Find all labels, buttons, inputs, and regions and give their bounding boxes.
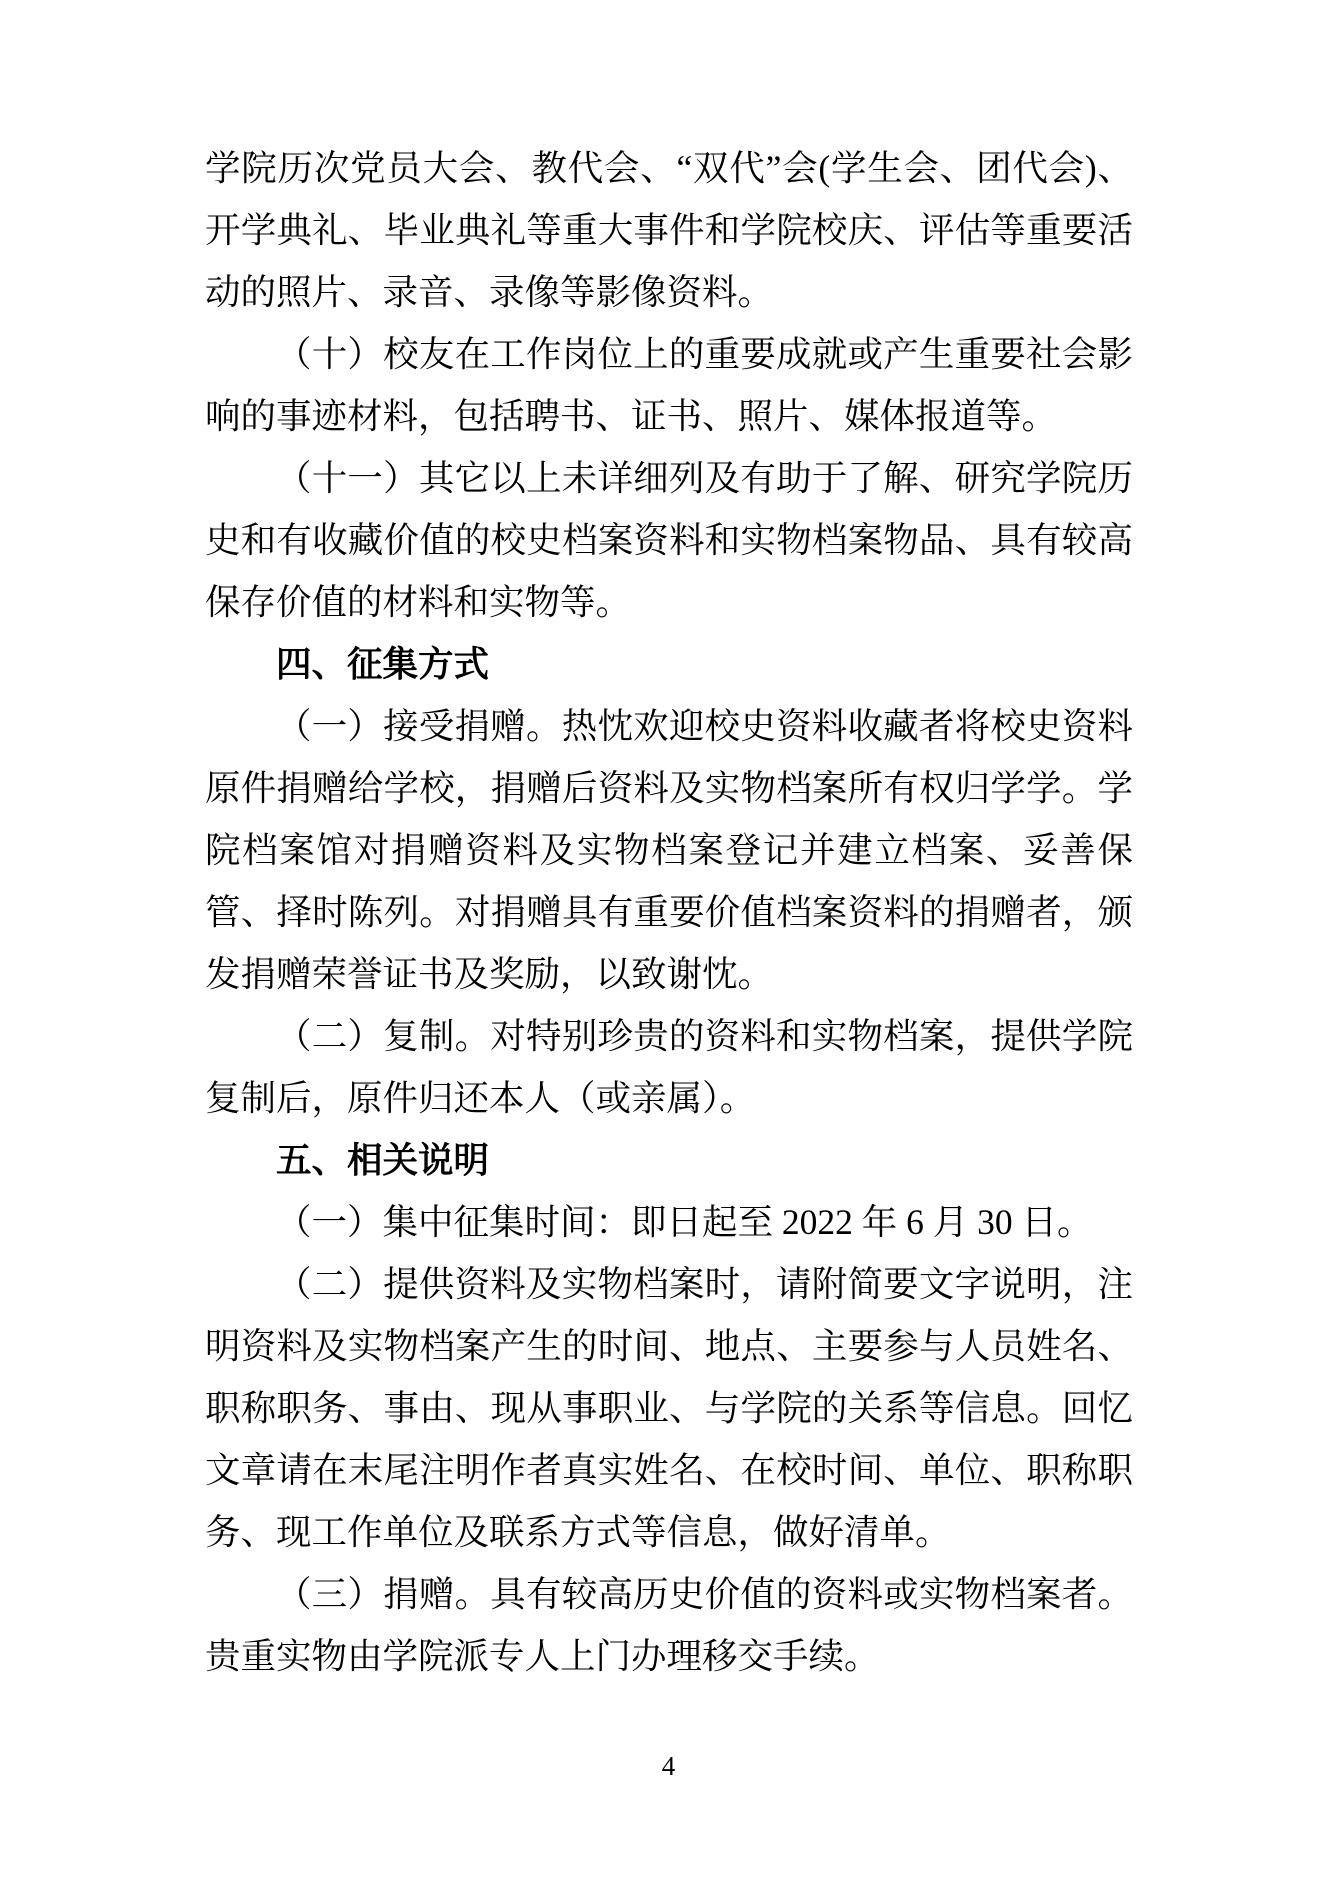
section-heading-5: 五、相关说明 xyxy=(205,1129,1133,1191)
paragraph-deadline: （一）集中征集时间：即日起至 2022 年 6 月 30 日。 xyxy=(205,1191,1133,1253)
paragraph-description-requirements: （二）提供资料及实物档案时，请附简要文字说明，注明资料及实物档案产生的时间、地点… xyxy=(205,1253,1133,1563)
paragraph-donation: （一）接受捐赠。热忱欢迎校史资料收藏者将校史资料原件捐赠给学校，捐赠后资料及实物… xyxy=(205,695,1133,1005)
paragraph-valuable-items: （三）捐赠。具有较高历史价值的资料或实物档案者。贵重实物由学院派专人上门办理移交… xyxy=(205,1563,1133,1687)
page-number: 4 xyxy=(0,1748,1337,1784)
paragraph-item-10: （十）校友在工作岗位上的重要成就或产生重要社会影响的事迹材料，包括聘书、证书、照… xyxy=(205,323,1133,447)
paragraph-continuation: 学院历次党员大会、教代会、“双代”会(学生会、团代会)、开学典礼、毕业典礼等重大… xyxy=(205,137,1133,323)
document-page: 学院历次党员大会、教代会、“双代”会(学生会、团代会)、开学典礼、毕业典礼等重大… xyxy=(0,0,1337,1891)
paragraph-copy: （二）复制。对特别珍贵的资料和实物档案，提供学院复制后，原件归还本人（或亲属）。 xyxy=(205,1005,1133,1129)
document-body: 学院历次党员大会、教代会、“双代”会(学生会、团代会)、开学典礼、毕业典礼等重大… xyxy=(205,137,1133,1687)
paragraph-item-11: （十一）其它以上未详细列及有助于了解、研究学院历史和有收藏价值的校史档案资料和实… xyxy=(205,447,1133,633)
section-heading-4: 四、征集方式 xyxy=(205,633,1133,695)
